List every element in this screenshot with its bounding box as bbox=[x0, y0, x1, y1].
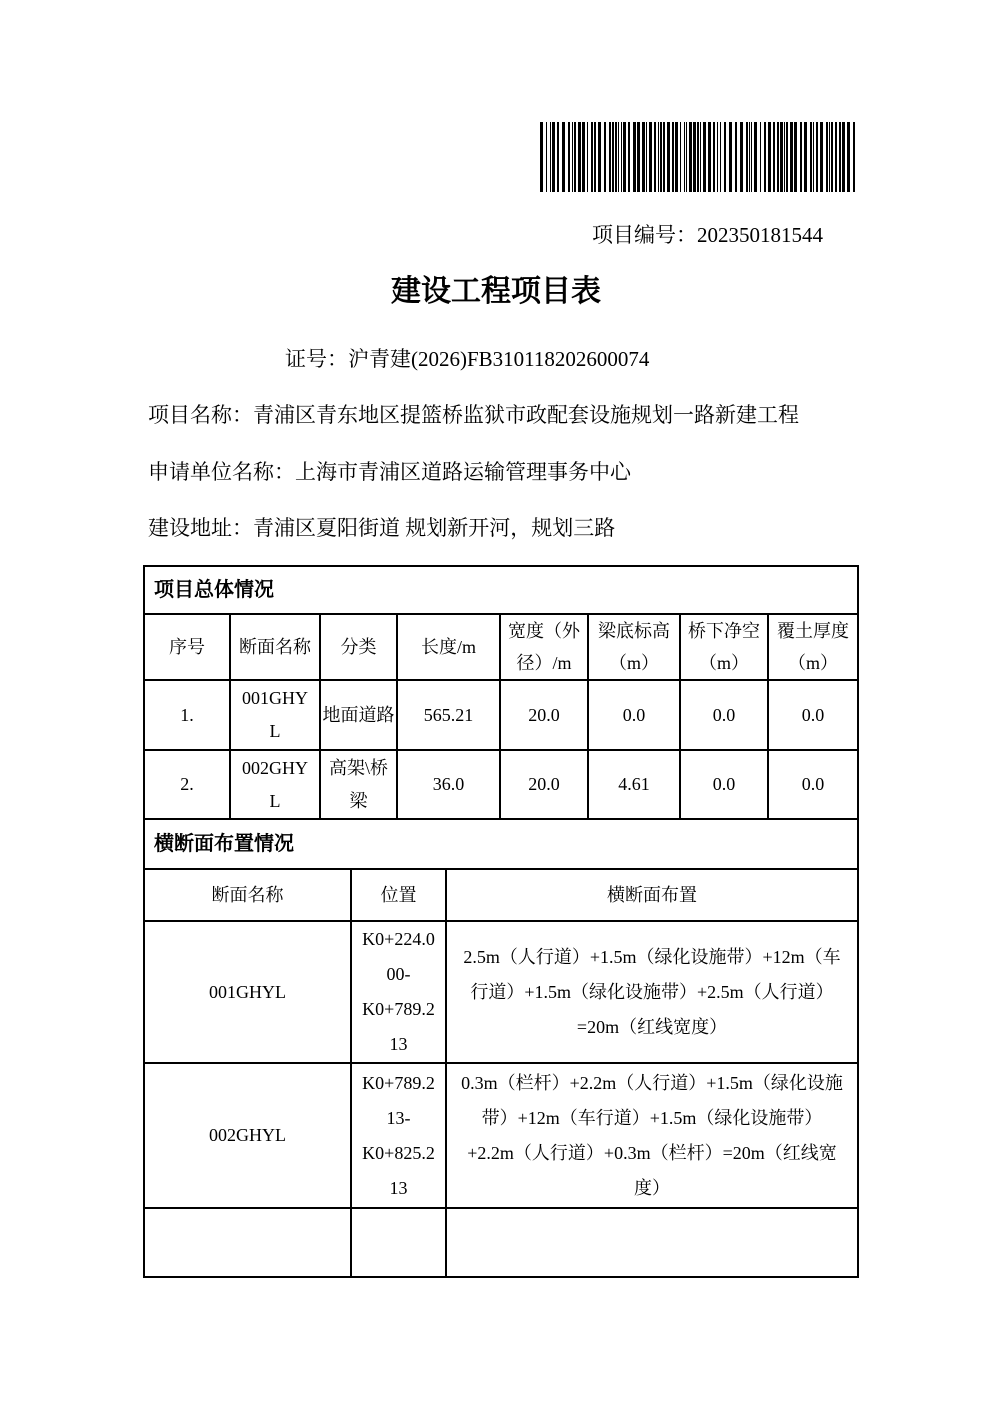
cross-section-table: 横断面布置情况 断面名称 位置 横断面布置 001GHYL K0+224.000… bbox=[143, 818, 859, 1278]
overview-section-title: 项目总体情况 bbox=[144, 566, 858, 614]
cell-cover-depth: 0.0 bbox=[768, 680, 858, 750]
table-row: 001GHYL K0+224.000-K0+789.213 2.5m（人行道）+… bbox=[144, 921, 858, 1063]
cell-cross-section-layout bbox=[446, 1208, 858, 1277]
table-row: 2. 002GHYL 高架\桥梁 36.0 20.0 4.61 0.0 0.0 bbox=[144, 750, 858, 819]
column-header: 覆土厚度（m） bbox=[768, 614, 858, 680]
column-header: 梁底标高（m） bbox=[588, 614, 680, 680]
cell-index: 1. bbox=[144, 680, 230, 750]
column-header: 桥下净空（m） bbox=[680, 614, 768, 680]
field-project-name: 项目名称：青浦区青东地区提篮桥监狱市政配套设施规划一路新建工程 bbox=[148, 401, 799, 429]
column-header: 断面名称 bbox=[144, 869, 351, 921]
cell-beam-elevation: 0.0 bbox=[588, 680, 680, 750]
field-applicant-unit: 申请单位名称：上海市青浦区道路运输管理事务中心 bbox=[148, 458, 631, 486]
table-row: 断面名称 位置 横断面布置 bbox=[144, 869, 858, 921]
column-header: 位置 bbox=[351, 869, 446, 921]
certificate-number-line: 证号：沪青建(2026)FB310118202600074 bbox=[285, 345, 649, 373]
construction-project-document: 项目编号：202350181544 建设工程项目表 证号：沪青建(2026)FB… bbox=[0, 0, 992, 1403]
cell-beam-elevation: 4.61 bbox=[588, 750, 680, 819]
table-row: 项目总体情况 bbox=[144, 566, 858, 614]
field-value: 青浦区青东地区提篮桥监狱市政配套设施规划一路新建工程 bbox=[253, 403, 799, 427]
column-header: 分类 bbox=[320, 614, 397, 680]
cell-width: 20.0 bbox=[500, 750, 588, 819]
tables-area: 项目总体情况 序号 断面名称 分类 长度/m 宽度（外径）/m 梁底标高（m） … bbox=[143, 565, 857, 1278]
cell-clearance: 0.0 bbox=[680, 680, 768, 750]
field-construction-address: 建设地址：青浦区夏阳街道 规划新开河，规划三路 bbox=[148, 514, 615, 542]
table-row: 002GHYL K0+789.213-K0+825.213 0.3m（栏杆）+2… bbox=[144, 1063, 858, 1208]
cell-position: K0+789.213-K0+825.213 bbox=[351, 1063, 446, 1208]
field-value: 青浦区夏阳街道 规划新开河，规划三路 bbox=[253, 516, 615, 540]
field-label: 建设地址： bbox=[148, 516, 253, 540]
certificate-value: 沪青建(2026)FB310118202600074 bbox=[348, 347, 649, 371]
cross-section-section-title: 横断面布置情况 bbox=[144, 819, 858, 869]
column-header: 长度/m bbox=[397, 614, 500, 680]
document-title: 建设工程项目表 bbox=[0, 273, 992, 311]
cell-clearance: 0.0 bbox=[680, 750, 768, 819]
cell-section-name: 001GHYL bbox=[144, 921, 351, 1063]
table-row bbox=[144, 1208, 858, 1277]
cell-section-name: 001GHYL bbox=[230, 680, 320, 750]
certificate-label: 证号： bbox=[285, 347, 348, 371]
cell-section-name: 002GHYL bbox=[144, 1063, 351, 1208]
cell-category: 高架\桥梁 bbox=[320, 750, 397, 819]
column-header: 宽度（外径）/m bbox=[500, 614, 588, 680]
cell-cross-section-layout: 2.5m（人行道）+1.5m（绿化设施带）+12m（车行道）+1.5m（绿化设施… bbox=[446, 921, 858, 1063]
cell-section-name bbox=[144, 1208, 351, 1277]
cell-cross-section-layout: 0.3m（栏杆）+2.2m（人行道）+1.5m（绿化设施带）+12m（车行道）+… bbox=[446, 1063, 858, 1208]
table-row: 1. 001GHYL 地面道路 565.21 20.0 0.0 0.0 0.0 bbox=[144, 680, 858, 750]
column-header: 横断面布置 bbox=[446, 869, 858, 921]
table-row: 横断面布置情况 bbox=[144, 819, 858, 869]
cell-length: 36.0 bbox=[397, 750, 500, 819]
project-number-line: 项目编号：202350181544 bbox=[592, 221, 823, 249]
barcode bbox=[540, 122, 855, 192]
column-header: 序号 bbox=[144, 614, 230, 680]
project-number-value: 202350181544 bbox=[697, 223, 823, 247]
cell-category: 地面道路 bbox=[320, 680, 397, 750]
column-header: 断面名称 bbox=[230, 614, 320, 680]
cell-section-name: 002GHYL bbox=[230, 750, 320, 819]
cell-position bbox=[351, 1208, 446, 1277]
project-number-label: 项目编号： bbox=[592, 223, 697, 247]
field-label: 项目名称： bbox=[148, 403, 253, 427]
cell-cover-depth: 0.0 bbox=[768, 750, 858, 819]
field-value: 上海市青浦区道路运输管理事务中心 bbox=[295, 460, 631, 484]
cell-index: 2. bbox=[144, 750, 230, 819]
project-overview-table: 项目总体情况 序号 断面名称 分类 长度/m 宽度（外径）/m 梁底标高（m） … bbox=[143, 565, 859, 820]
cell-position: K0+224.000-K0+789.213 bbox=[351, 921, 446, 1063]
cell-length: 565.21 bbox=[397, 680, 500, 750]
table-row: 序号 断面名称 分类 长度/m 宽度（外径）/m 梁底标高（m） 桥下净空（m）… bbox=[144, 614, 858, 680]
field-label: 申请单位名称： bbox=[148, 460, 295, 484]
cell-width: 20.0 bbox=[500, 680, 588, 750]
